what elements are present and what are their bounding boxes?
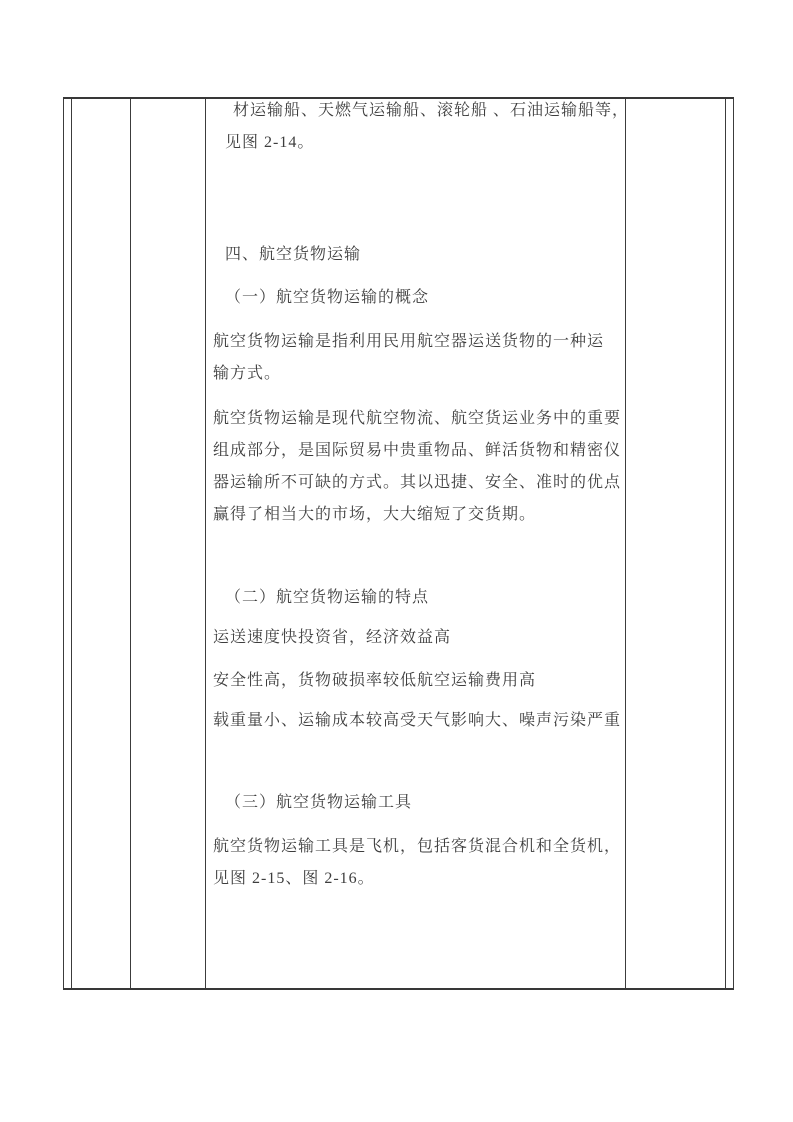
text-line: 器运输所不可缺的方式。其以迅捷、安全、准时的优点 bbox=[213, 467, 625, 499]
table-cell-left-2 bbox=[131, 99, 205, 988]
text-line: 航空货物运输是指利用民用航空器运送货物的一种运 bbox=[213, 326, 625, 358]
text-line: 航空货物运输是现代航空物流、航空货运业务中的重要 bbox=[213, 403, 625, 435]
text-line: （一）航空货物运输的概念 bbox=[213, 282, 625, 314]
text-line: （三）航空货物运输工具 bbox=[213, 787, 625, 819]
text-line: （二）航空货物运输的特点 bbox=[213, 582, 625, 614]
text-line: 组成部分，是国际贸易中贵重物品、鲜活货物和精密仪 bbox=[213, 435, 625, 467]
lesson-plan-table: 材运输船、天燃气运输船、滚轮船 、石油运输船等，见图 2-14。四、航空货物运输… bbox=[0, 0, 793, 1122]
table-cell-left-1 bbox=[72, 99, 130, 988]
text-line: 见图 2-15、图 2-16。 bbox=[213, 863, 625, 895]
text-line: 运送速度快投资省，经济效益高 bbox=[213, 622, 625, 654]
document-page: 材运输船、天燃气运输船、滚轮船 、石油运输船等，见图 2-14。四、航空货物运输… bbox=[0, 0, 793, 1122]
text-line: 见图 2-14。 bbox=[213, 127, 625, 159]
text-line: 输方式。 bbox=[213, 358, 625, 390]
table-outer-border-right-1 bbox=[725, 97, 726, 990]
text-line: 材运输船、天燃气运输船、滚轮船 、石油运输船等， bbox=[213, 95, 625, 127]
table-cell-right bbox=[626, 99, 725, 988]
table-outer-border-right-2 bbox=[733, 97, 734, 990]
text-line: 航空货物运输工具是飞机，包括客货混合机和全货机， bbox=[213, 831, 625, 863]
table-bottom-border bbox=[63, 988, 734, 990]
table-outer-border-left-1 bbox=[63, 97, 64, 990]
text-line: 赢得了相当大的市场，大大缩短了交货期。 bbox=[213, 499, 625, 531]
text-line: 四、航空货物运输 bbox=[213, 239, 625, 271]
table-cell-content: 材运输船、天燃气运输船、滚轮船 、石油运输船等，见图 2-14。四、航空货物运输… bbox=[206, 95, 625, 988]
text-line: 安全性高，货物破损率较低航空运输费用高 bbox=[213, 665, 625, 697]
text-line: 载重量小、运输成本较高受天气影响大、噪声污染严重 bbox=[213, 705, 625, 737]
